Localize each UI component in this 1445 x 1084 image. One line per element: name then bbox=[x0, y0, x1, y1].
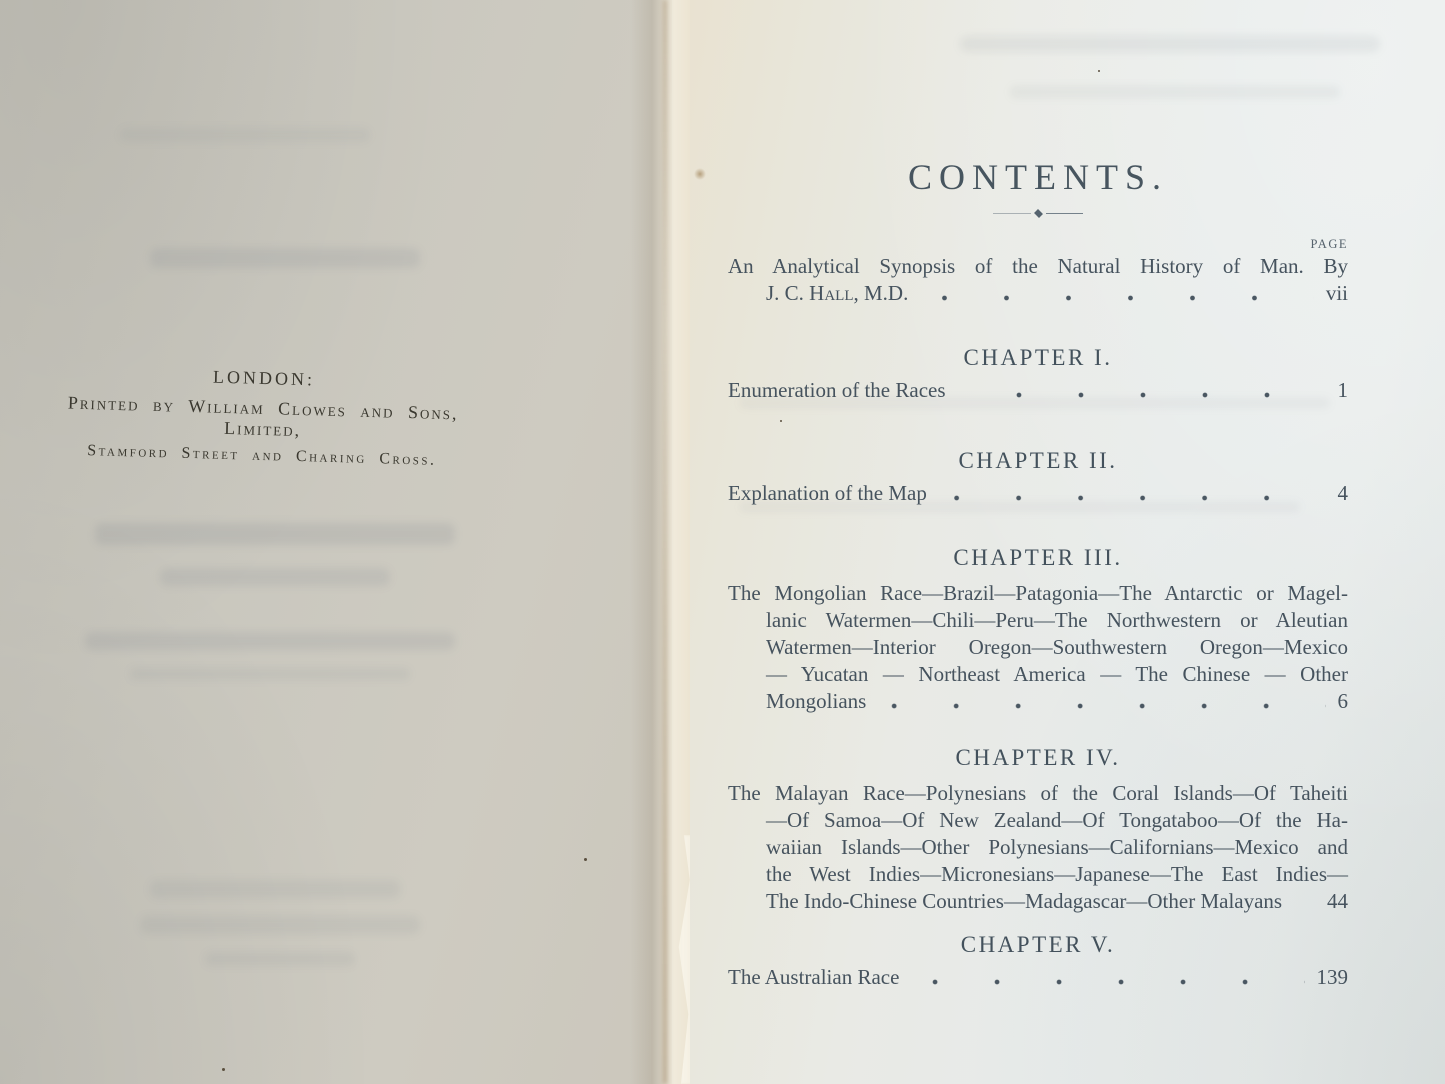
entry-label: J. C. Hall, M.D. bbox=[766, 280, 908, 307]
chapter-body: The Mongolian Race—Brazil—Patagonia—The … bbox=[728, 580, 1348, 715]
chapter-body: Enumeration of the Races 1 bbox=[728, 377, 1348, 404]
ornament-line bbox=[993, 213, 1031, 215]
paper-stain bbox=[694, 168, 706, 180]
entry-line: waiian Islands—Other Polynesians—Califor… bbox=[728, 834, 1348, 861]
show-through-smudge bbox=[960, 36, 1380, 52]
dot-leader bbox=[915, 977, 1304, 987]
contents-title: CONTENTS. bbox=[728, 156, 1348, 198]
dot-leader bbox=[924, 293, 1313, 303]
entry-dot-leader-row: The Australian Race 139 bbox=[728, 964, 1348, 991]
page-number: 1 bbox=[1338, 377, 1349, 404]
show-through-smudge bbox=[150, 248, 420, 268]
page-number: 4 bbox=[1338, 480, 1349, 507]
imprint-printer: Printed by William Clowes and Sons, Limi… bbox=[37, 392, 488, 447]
toc-chapter-2: CHAPTER II. Explanation of the Map 4 bbox=[728, 447, 1348, 507]
toc-chapter-5: CHAPTER V. The Australian Race 139 bbox=[728, 931, 1348, 991]
chapter-heading: CHAPTER III. bbox=[728, 544, 1348, 571]
dot-leader bbox=[882, 701, 1325, 711]
show-through-smudge bbox=[140, 916, 420, 934]
dot-leader bbox=[962, 390, 1326, 400]
chapter-body: Explanation of the Map 4 bbox=[728, 480, 1348, 507]
paper-speck bbox=[1098, 70, 1100, 72]
toc-front-entry: An Analytical Synopsis of the Natural Hi… bbox=[728, 253, 1348, 307]
entry-dot-leader-row: Mongolians 6 bbox=[728, 688, 1348, 715]
page-number: 44 bbox=[1327, 888, 1348, 915]
table-of-contents: CONTENTS. PAGE An Analytical Synopsis of… bbox=[728, 156, 1348, 991]
dot-leader bbox=[943, 493, 1326, 503]
printer-imprint: LONDON: Printed by William Clowes and So… bbox=[37, 362, 490, 472]
chapter-body: The Malayan Race—Polynesians of the Cora… bbox=[728, 780, 1348, 915]
paper-speck bbox=[584, 858, 587, 861]
entry-line: Watermen—Interior Oregon—Southwestern Or… bbox=[728, 634, 1348, 661]
entry-label: The Indo-Chinese Countries—Madagascar—Ot… bbox=[766, 888, 1282, 915]
show-through-smudge bbox=[130, 668, 410, 680]
entry-label: The Australian Race bbox=[728, 964, 899, 991]
ornament-line bbox=[1046, 213, 1084, 215]
entry-line: —Of Samoa—Of New Zealand—Of Tongataboo—O… bbox=[728, 807, 1348, 834]
entry-dot-leader-row: The Indo-Chinese Countries—Madagascar—Ot… bbox=[728, 888, 1348, 915]
entry-label: Mongolians bbox=[766, 688, 866, 715]
entry-line: An Analytical Synopsis of the Natural Hi… bbox=[728, 253, 1348, 280]
toc-chapter-3: CHAPTER III. The Mongolian Race—Brazil—P… bbox=[728, 544, 1348, 715]
entry-line: The Malayan Race—Polynesians of the Cora… bbox=[728, 780, 1348, 807]
chapter-heading: CHAPTER V. bbox=[728, 931, 1348, 958]
entry-line: lanic Watermen—Chili—Peru—The Northweste… bbox=[728, 607, 1348, 634]
entry-dot-leader-row: J. C. Hall, M.D. vii bbox=[728, 280, 1348, 307]
page-number: 139 bbox=[1317, 964, 1349, 991]
chapter-body: The Australian Race 139 bbox=[728, 964, 1348, 991]
entry-label: Explanation of the Map bbox=[728, 480, 927, 507]
diamond-rule-ornament bbox=[993, 210, 1083, 217]
show-through-smudge bbox=[150, 880, 400, 898]
page-column-header: PAGE bbox=[728, 237, 1348, 252]
book-spread-photo: LONDON: Printed by William Clowes and So… bbox=[0, 0, 1445, 1084]
show-through-smudge bbox=[205, 952, 355, 966]
page-number: vii bbox=[1326, 280, 1348, 307]
toc-chapter-4: CHAPTER IV. The Malayan Race—Polynesians… bbox=[728, 744, 1348, 915]
entry-dot-leader-row: Enumeration of the Races 1 bbox=[728, 377, 1348, 404]
chapter-heading: CHAPTER II. bbox=[728, 447, 1348, 474]
chapter-heading: CHAPTER I. bbox=[728, 344, 1348, 371]
dot-leader bbox=[1298, 901, 1315, 911]
entry-dot-leader-row: Explanation of the Map 4 bbox=[728, 480, 1348, 507]
page-number: 6 bbox=[1338, 688, 1349, 715]
chapter-heading: CHAPTER IV. bbox=[728, 744, 1348, 771]
toc-chapter-1: CHAPTER I. Enumeration of the Races 1 bbox=[728, 344, 1348, 404]
show-through-smudge bbox=[120, 128, 370, 142]
show-through-smudge bbox=[1010, 86, 1340, 98]
diamond-icon bbox=[1034, 209, 1043, 218]
paper-speck bbox=[222, 1068, 225, 1071]
gutter-crease-shadow bbox=[663, 0, 667, 1084]
entry-line: The Mongolian Race—Brazil—Patagonia—The … bbox=[728, 580, 1348, 607]
entry-line: the West Indies—Micronesians—Japanese—Th… bbox=[728, 861, 1348, 888]
show-through-smudge bbox=[85, 632, 455, 650]
entry-label: Enumeration of the Races bbox=[728, 377, 946, 404]
show-through-smudge bbox=[160, 568, 390, 586]
show-through-smudge bbox=[95, 523, 455, 545]
entry-line: — Yucatan — Northeast America — The Chin… bbox=[728, 661, 1348, 688]
